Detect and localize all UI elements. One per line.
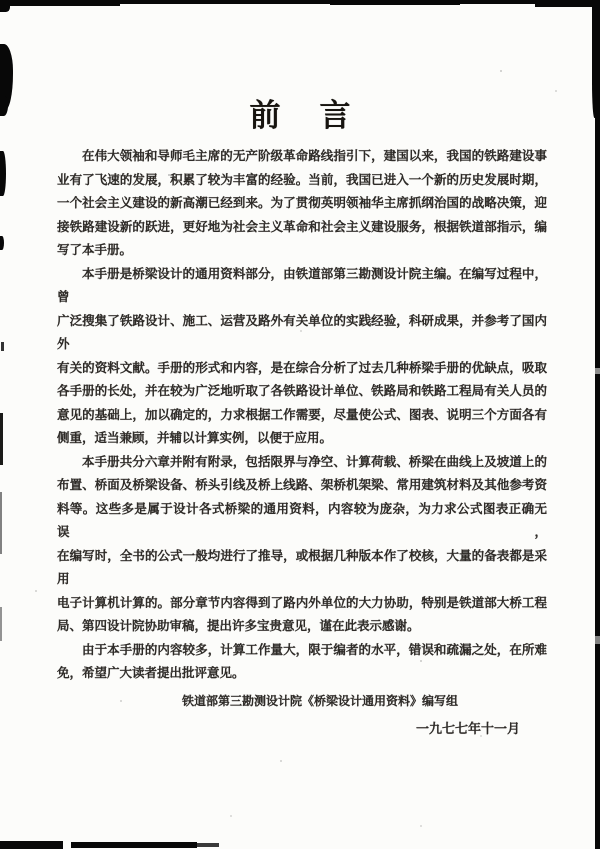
scan-edge-left-line (0, 492, 2, 554)
text-line: 在伟大领袖和导师毛主席的无产阶级革命路线指引下，建国以来，我国的铁路建设事 (57, 145, 547, 169)
scan-edge-bottom (0, 841, 63, 849)
paragraph: 本手册是桥梁设计的通用资料部分，由铁道部第三勘测设计院主编。在编写过程中，曾 广… (57, 263, 547, 451)
author-signature: 铁道部第三勘测设计院《桥梁设计通用资料》编写组 (57, 692, 547, 711)
scan-edge-bottom (197, 843, 219, 847)
text-line: 各手册的长处，并在较为广泛地听取了各铁路设计单位、铁路局和铁路工程局有关人员的 (57, 380, 547, 404)
text-line: 布置、桥面及桥梁设备、桥头引线及桥上线路、架桥机架梁、常用建筑材料及其他参考资 (57, 474, 547, 498)
scan-edge-top (0, 0, 120, 6)
text-line: 一个社会主义建设的新高潮已经到来。为了贯彻英明领袖华主席抓纲治国的战略决策，迎 (57, 192, 547, 216)
text-line: 本手册共分六章并附有附录，包括限界与净空、计算荷载、桥梁在曲线上及坡道上的 (57, 451, 547, 475)
ink-blot (0, 151, 6, 196)
scan-edge-left-line (0, 413, 3, 465)
scan-edge-gap (595, 368, 600, 374)
scan-edge-gap (595, 636, 600, 644)
scan-edge-right (592, 0, 600, 118)
text-line: 本手册是桥梁设计的通用资料部分，由铁道部第三勘测设计院主编。在编写过程中，曾 (57, 263, 547, 310)
text-line: 由于本手册的内容较多，计算工作量大，限于编者的水平，错误和疏漏之处，在所难 (57, 639, 547, 663)
text-line: 侧重，适当兼顾，并辅以计算实例，以便于应用。 (57, 427, 547, 451)
text-line: 意见的基础上，加以确定的，力求根据工作需要，尽量使公式、图表、说明三个方面各有 (57, 404, 547, 428)
text-line: 广泛搜集了铁路设计、施工、运营及路外有关单位的实践经验，科研成果，并参考了国内外 (57, 310, 547, 357)
text-line: 写了本手册。 (57, 239, 547, 263)
text-line: 有关的资料文献。手册的形式和内容，是在综合分析了过去几种桥梁手册的优缺点，吸取 (57, 357, 547, 381)
text-line: 免，希望广大读者提出批评意见。 (57, 662, 547, 686)
scan-edge-right (595, 0, 600, 849)
scan-edge-top (535, 0, 600, 7)
text-line: 接铁路建设新的跃进，更好地为社会主义革命和社会主义建设服务，根据铁道部指示，编 (57, 216, 547, 240)
page-title: 前 言 (57, 100, 547, 132)
text-line: 业有了飞速的发展，积累了较为丰富的经验。当前，我国已进入一个新的历史发展时期， (57, 169, 547, 193)
text-line: 电子计算机计算的。部分章节内容得到了路内外单位的大力协助，特别是铁道部大桥工程 (57, 592, 547, 616)
text-line: 在编写时，全书的公式一般均进行了推导，或根据几种版本作了校核，大量的备表都是采用 (57, 545, 547, 592)
paragraph: 本手册共分六章并附有附录，包括限界与净空、计算荷载、桥梁在曲线上及坡道上的 布置… (57, 451, 547, 639)
publication-date: 一九七七年十一月 (57, 719, 547, 738)
scan-corner-mark (0, 0, 10, 12)
text-line: 料等。这些多是属于设计各式桥梁的通用资料，内容较为庞杂，为力求公式图表正确无误， (57, 498, 547, 545)
scan-edge-bottom (71, 842, 197, 848)
text-line: 局、第四设计院协助审稿，提出许多宝贵意见，谨在此表示感谢。 (57, 615, 547, 639)
ink-mark (1, 342, 4, 351)
paragraph: 由于本手册的内容较多，计算工作量大，限于编者的水平，错误和疏漏之处，在所难 免，… (57, 639, 547, 686)
scan-edge-top (330, 0, 460, 5)
preface-content: 前 言 在伟大领袖和导师毛主席的无产阶级革命路线指引下，建国以来，我国的铁路建设… (57, 100, 547, 738)
paper-speckles (168, 174, 170, 176)
scan-edge-left-line (0, 607, 2, 641)
ink-blot (0, 96, 8, 116)
ink-mark (0, 236, 4, 250)
scanned-document-page: 前 言 在伟大领袖和导师毛主席的无产阶级革命路线指引下，建国以来，我国的铁路建设… (0, 0, 600, 849)
paragraph: 在伟大领袖和导师毛主席的无产阶级革命路线指引下，建国以来，我国的铁路建设事 业有… (57, 145, 547, 263)
